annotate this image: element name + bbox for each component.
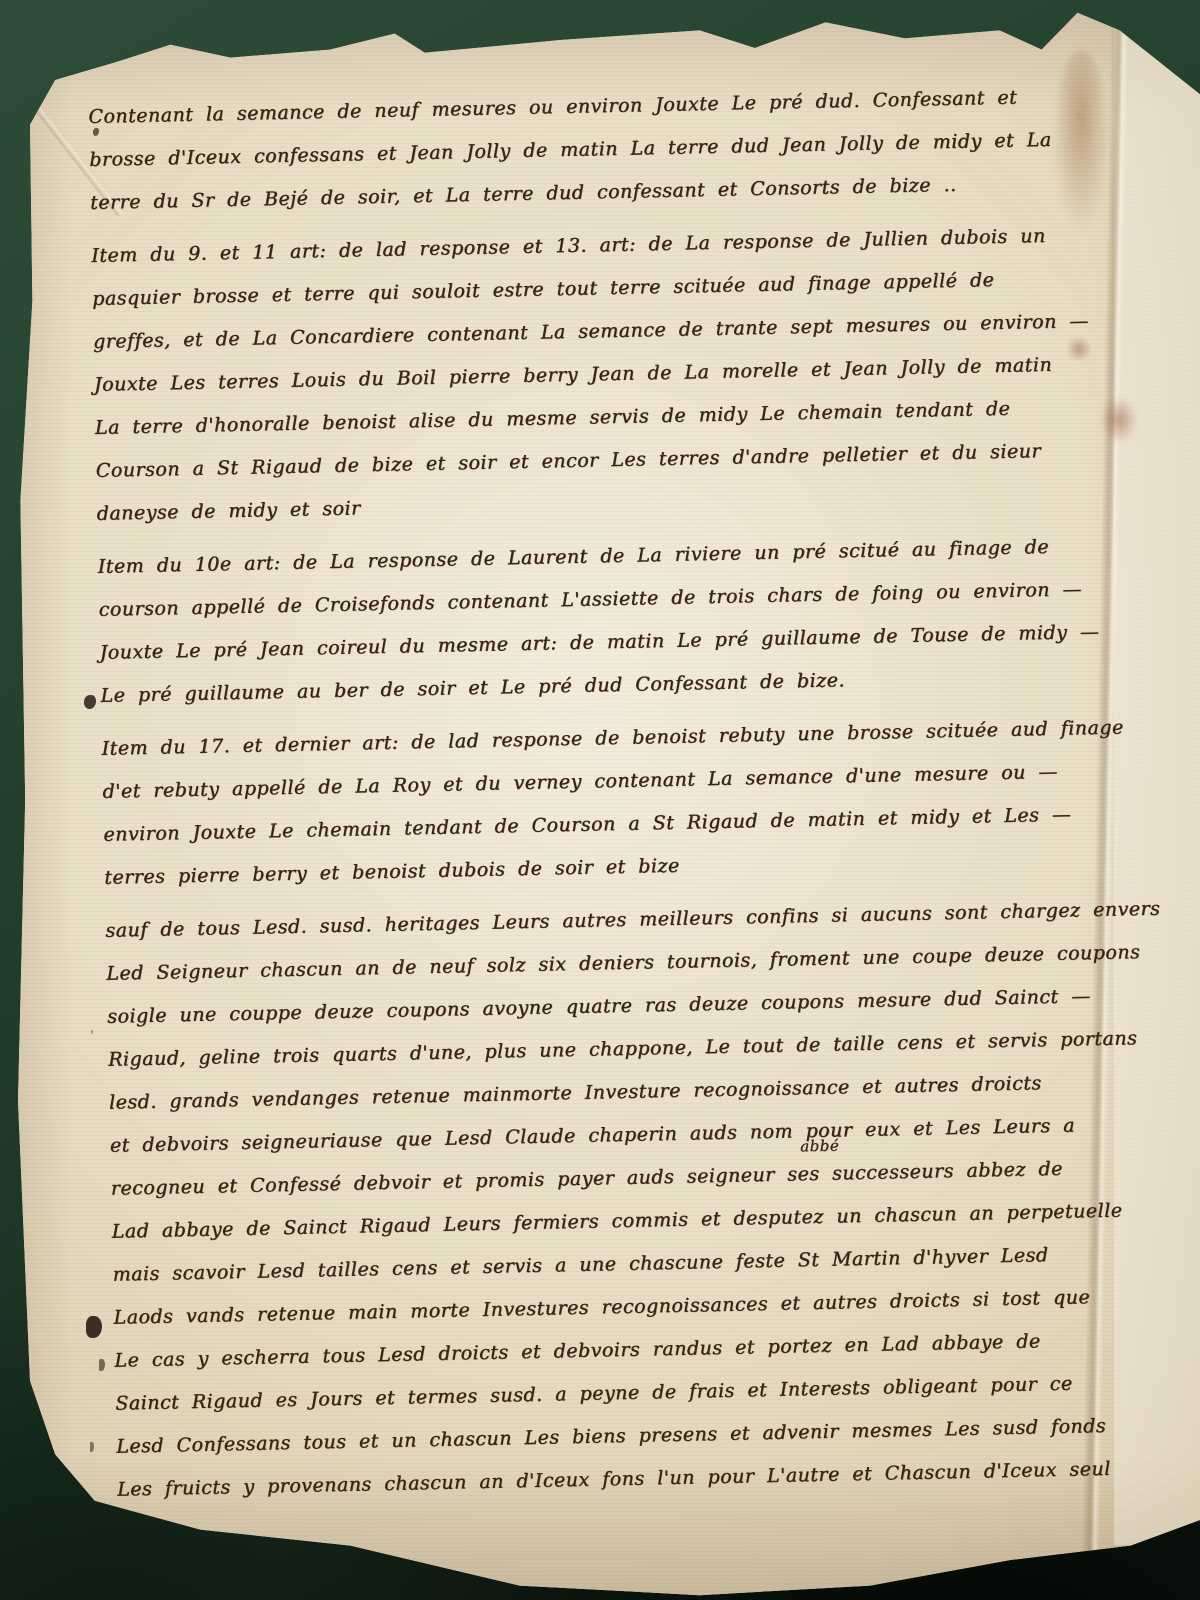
photo-background: { "scene": { "description": "Photograph …: [0, 0, 1200, 1600]
manuscript-page: Contenant la semance de neuf mesures ou …: [0, 0, 1200, 1600]
interlinear-insertion: abbé: [800, 1137, 839, 1156]
manuscript-text: Contenant la semance de neuf mesures ou …: [88, 75, 1132, 1512]
